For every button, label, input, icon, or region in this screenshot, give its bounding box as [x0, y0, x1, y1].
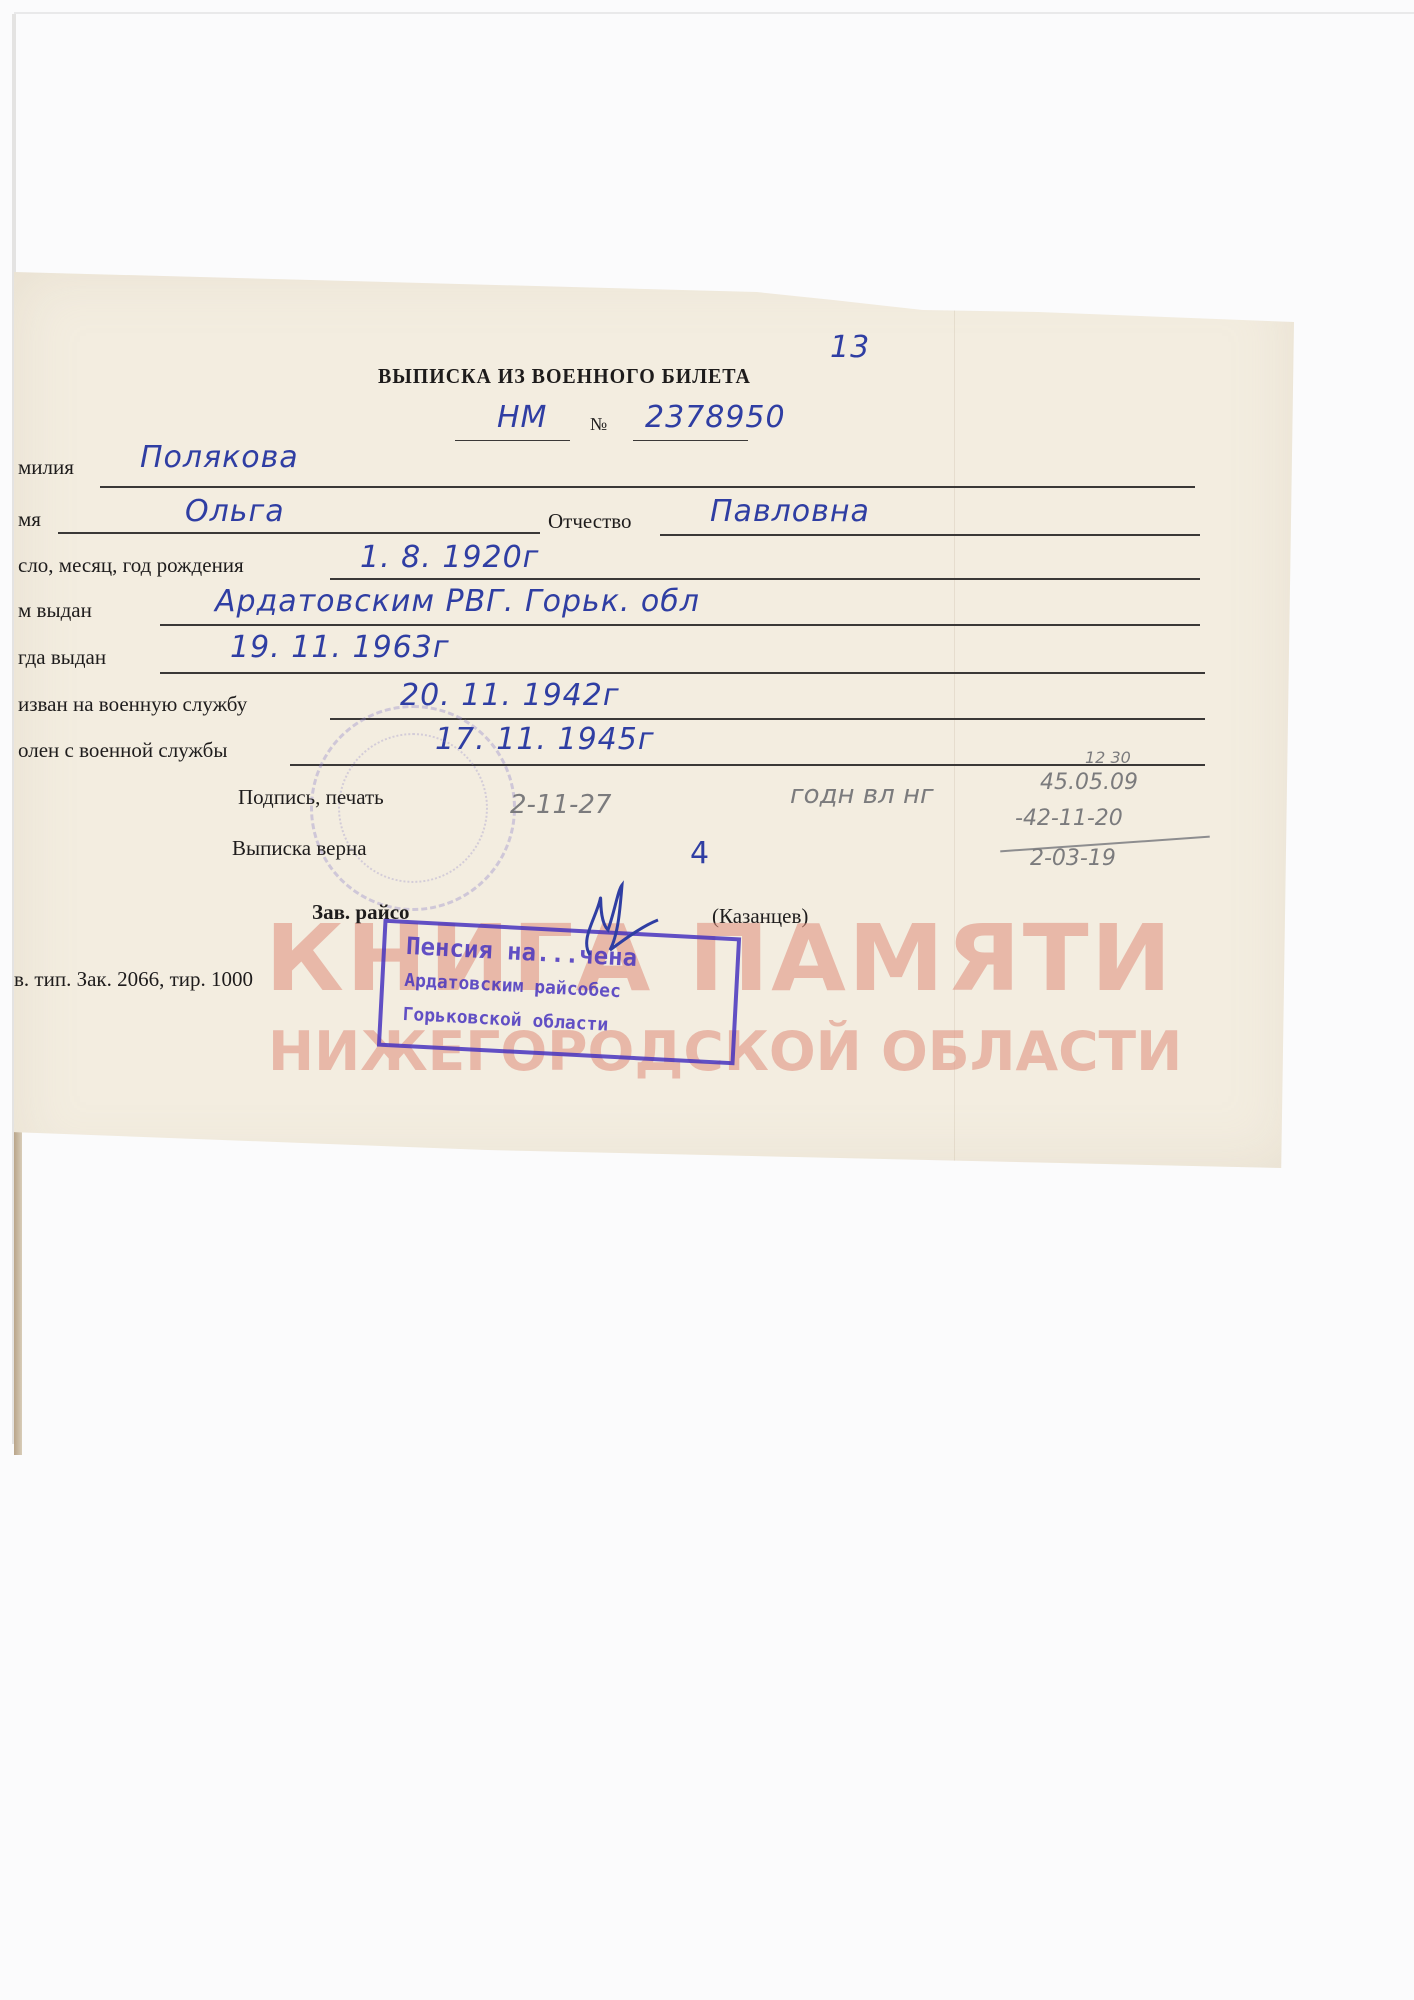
document-title: ВЫПИСКА ИЗ ВОЕННОГО БИЛЕТА — [378, 364, 751, 389]
field-label-issued-by: м выдан — [18, 598, 92, 623]
verified-label: Выписка верна — [232, 836, 367, 861]
field-label-conscripted: изван на военную службу — [18, 692, 247, 717]
field-label-surname: милия — [18, 455, 74, 480]
field-label-patronymic: Отчество — [548, 509, 632, 534]
ticket-series: НМ — [497, 400, 547, 435]
mark-four: 4 — [690, 836, 710, 871]
pencil-service-length: 2-11-27 — [510, 790, 611, 820]
scan-left-edge-brown — [14, 1115, 22, 1455]
series-underline — [455, 440, 570, 441]
stamp-line3: Горьковской области — [402, 1004, 609, 1036]
signature-mark — [570, 880, 660, 960]
field-line-issued-by — [160, 624, 1200, 626]
field-value-issued-by: Ардатовским РВГ. Горьк. обл — [215, 584, 700, 619]
field-label-issue-date: гда выдан — [18, 645, 106, 670]
field-line-surname — [100, 486, 1195, 488]
corner-mark: 13 — [830, 330, 870, 365]
field-line-name — [58, 532, 540, 534]
field-value-surname: Полякова — [140, 440, 299, 475]
pencil-caption: годн вл нг — [790, 780, 934, 810]
field-value-name: Ольга — [185, 494, 285, 529]
field-line-patronymic — [660, 534, 1200, 536]
signature-label: Подпись, печать — [238, 785, 384, 810]
field-line-birthdate — [330, 578, 1200, 580]
field-line-issue-date — [160, 672, 1205, 674]
field-value-birthdate: 1. 8. 1920г — [360, 540, 539, 575]
printing-info: в. тип. Зак. 2066, тир. 1000 — [14, 967, 253, 992]
stamp-line2: Ардатовским райсобес — [404, 970, 622, 1002]
pencil-top-fraction: 12 30 — [1085, 748, 1131, 767]
field-label-birthdate: сло, месяц, год рождения — [18, 553, 244, 578]
field-label-name: мя — [18, 507, 41, 532]
field-value-patronymic: Павловна — [710, 494, 870, 529]
number-sign: № — [590, 414, 607, 435]
field-value-issue-date: 19. 11. 1963г — [230, 630, 450, 665]
pension-stamp: Пенсия на...чена Ардатовским райсобес Го… — [377, 919, 741, 1066]
ticket-number: 2378950 — [645, 400, 786, 435]
pencil-line1: 45.05.09 — [1040, 770, 1138, 795]
field-label-discharged: олен с военной службы — [18, 738, 227, 763]
scan-top-edge — [14, 12, 1414, 14]
pencil-line3: 2-03-19 — [1030, 846, 1116, 871]
pencil-line2: -42-11-20 — [1015, 806, 1123, 831]
number-underline — [633, 440, 748, 441]
